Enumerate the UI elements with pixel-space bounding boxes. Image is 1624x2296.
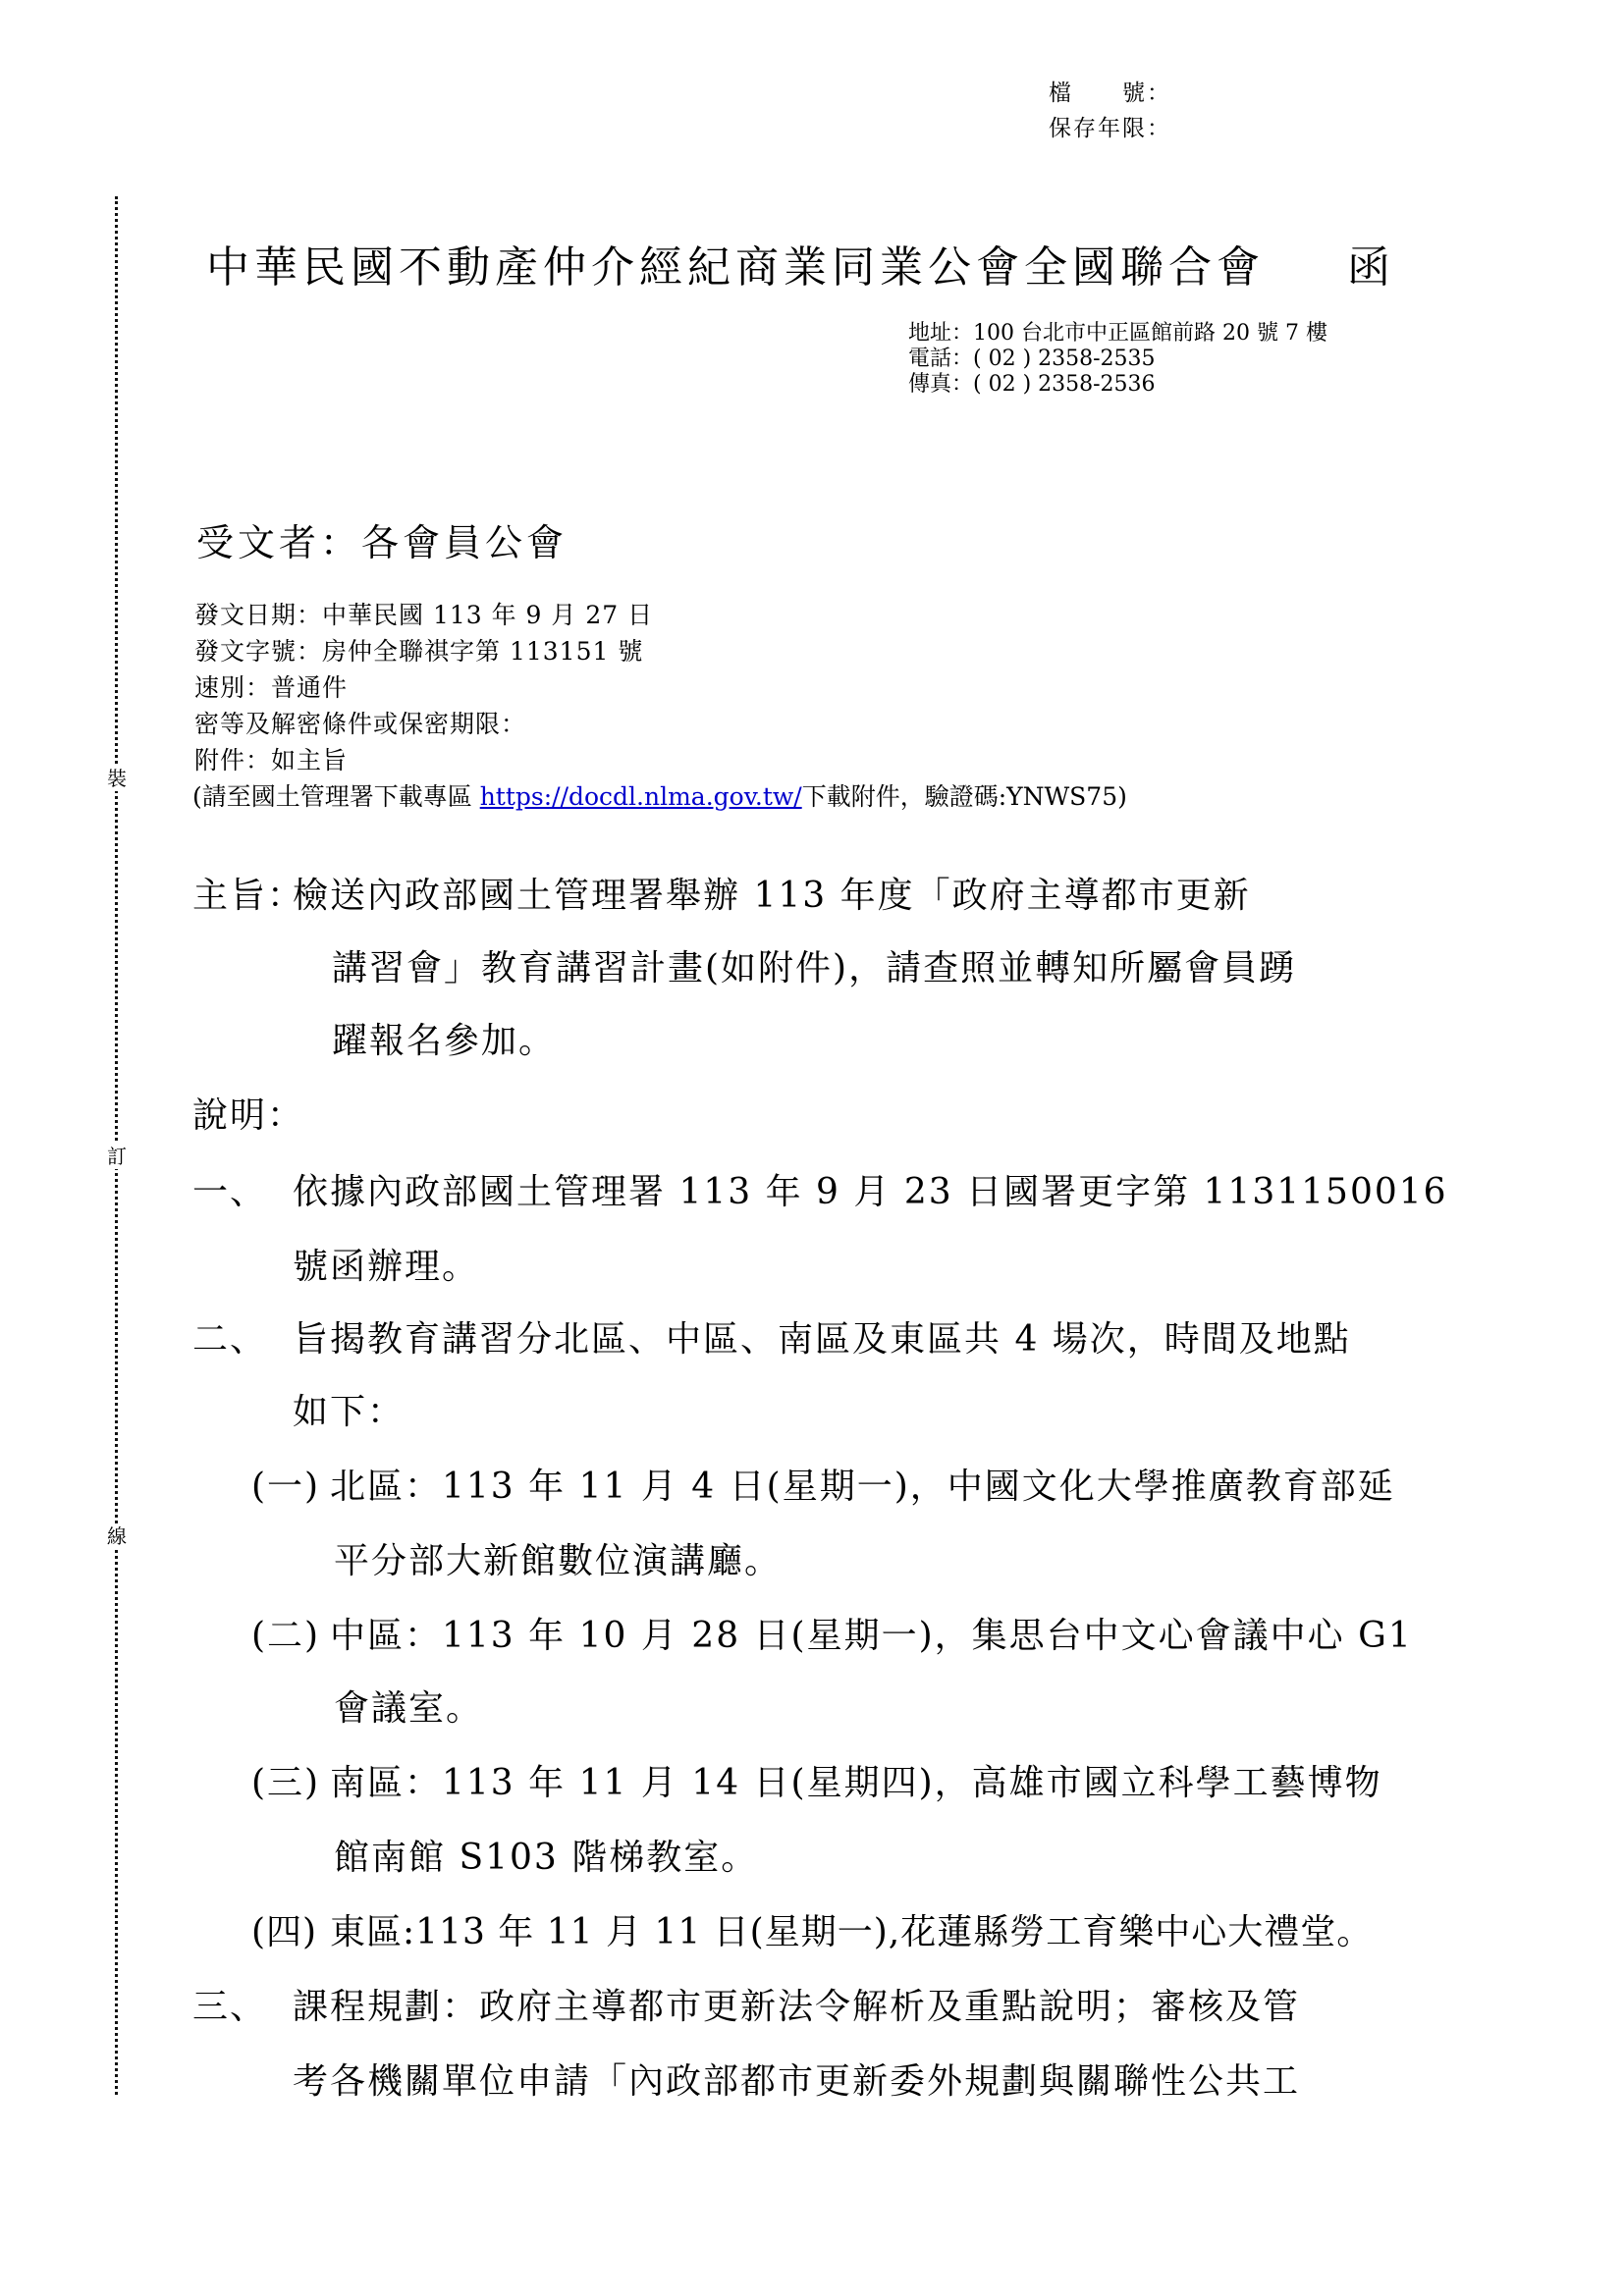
organization-title: 中華民國不動產仲介經紀商業同業公會全國聯合會: [206, 232, 1265, 294]
subject-label: 主旨：: [192, 868, 304, 918]
subject-line-1: 檢送內政部國土管理署舉辦 113 年度「政府主導都市更新: [293, 868, 1251, 918]
explanation-item-1-marker: 一、: [192, 1164, 267, 1214]
organization-phone: 電話：( 02 ) 2358-2535: [908, 347, 1156, 371]
sub-item-2-marker: (二): [251, 1608, 320, 1658]
recipient: 受文者：各會員公會: [196, 512, 568, 566]
binding-label-xian: 線: [104, 1523, 130, 1549]
explanation-item-3-line-1: 課程規劃：政府主導都市更新法令解析及重點說明；審核及管: [293, 1979, 1300, 2029]
sub-item-2-line-2: 會議室。: [334, 1681, 483, 1731]
binding-label-zhuang: 裝: [104, 766, 130, 791]
attachment: 附件：如主旨: [194, 742, 348, 778]
explanation-item-3-line-2: 考各機關單位申請「內政部都市更新委外規劃與關聯性公共工: [293, 2054, 1300, 2104]
organization-fax: 傳真：( 02 ) 2358-2536: [908, 373, 1156, 397]
document-type: 函: [1347, 232, 1395, 294]
sub-item-1-line-2: 平分部大新館數位演講廳。: [334, 1533, 782, 1583]
download-link[interactable]: https://docdl.nlma.gov.tw/: [480, 782, 802, 811]
sub-item-3-marker: (三): [251, 1755, 320, 1805]
dispatch-number: 發文字號：房仲全聯祺字第 113151 號: [194, 633, 643, 669]
binding-label-ding: 訂: [104, 1144, 130, 1169]
file-number-label: 檔 號：: [1049, 77, 1171, 110]
explanation-item-1-line-2: 號函辦理。: [293, 1239, 479, 1289]
explanation-label: 說明：: [192, 1088, 304, 1138]
dispatch-date: 發文日期：中華民國 113 年 9 月 27 日: [194, 597, 653, 633]
retention-period-label: 保存年限：: [1049, 112, 1171, 145]
download-note-prefix: (請至國土管理署下載專區: [192, 782, 480, 811]
sub-item-3-line-1: 南區：113 年 11 月 14 日(星期四)，高雄市國立科學工藝博物: [330, 1755, 1382, 1805]
sub-item-1-marker: (一): [251, 1459, 320, 1509]
explanation-item-3-marker: 三、: [192, 1979, 267, 2029]
speed-category: 速別：普通件: [194, 669, 348, 706]
explanation-item-2-marker: 二、: [192, 1311, 267, 1362]
explanation-item-2-line-2: 如下：: [293, 1384, 405, 1434]
sub-item-4-line-1: 東區:113 年 11 月 11 日(星期一),花蓮縣勞工育樂中心大禮堂。: [330, 1904, 1373, 1954]
explanation-item-1-line-1: 依據內政部國土管理署 113 年 9 月 23 日國署更字第 113115001…: [293, 1164, 1448, 1214]
sub-item-1-line-1: 北區：113 年 11 月 4 日(星期一)，中國文化大學推廣教育部延: [330, 1459, 1395, 1509]
download-note: (請至國土管理署下載專區 https://docdl.nlma.gov.tw/下…: [192, 778, 1127, 815]
sub-item-4-marker: (四): [251, 1904, 317, 1954]
explanation-item-2-line-1: 旨揭教育講習分北區、中區、南區及東區共 4 場次，時間及地點: [293, 1311, 1351, 1362]
classification: 密等及解密條件或保密期限：: [194, 706, 526, 742]
organization-address: 地址：100 台北市中正區館前路 20 號 7 樓: [908, 322, 1327, 346]
sub-item-2-line-1: 中區：113 年 10 月 28 日(星期一)，集思台中文心會議中心 G1: [330, 1608, 1413, 1658]
subject-line-2: 講習會」教育講習計畫(如附件)，請查照並轉知所屬會員踴: [332, 940, 1296, 990]
download-note-suffix: 下載附件，驗證碼:YNWS75): [802, 782, 1127, 811]
sub-item-3-line-2: 館南館 S103 階梯教室。: [334, 1830, 758, 1880]
subject-line-3: 躍報名參加。: [332, 1013, 556, 1063]
